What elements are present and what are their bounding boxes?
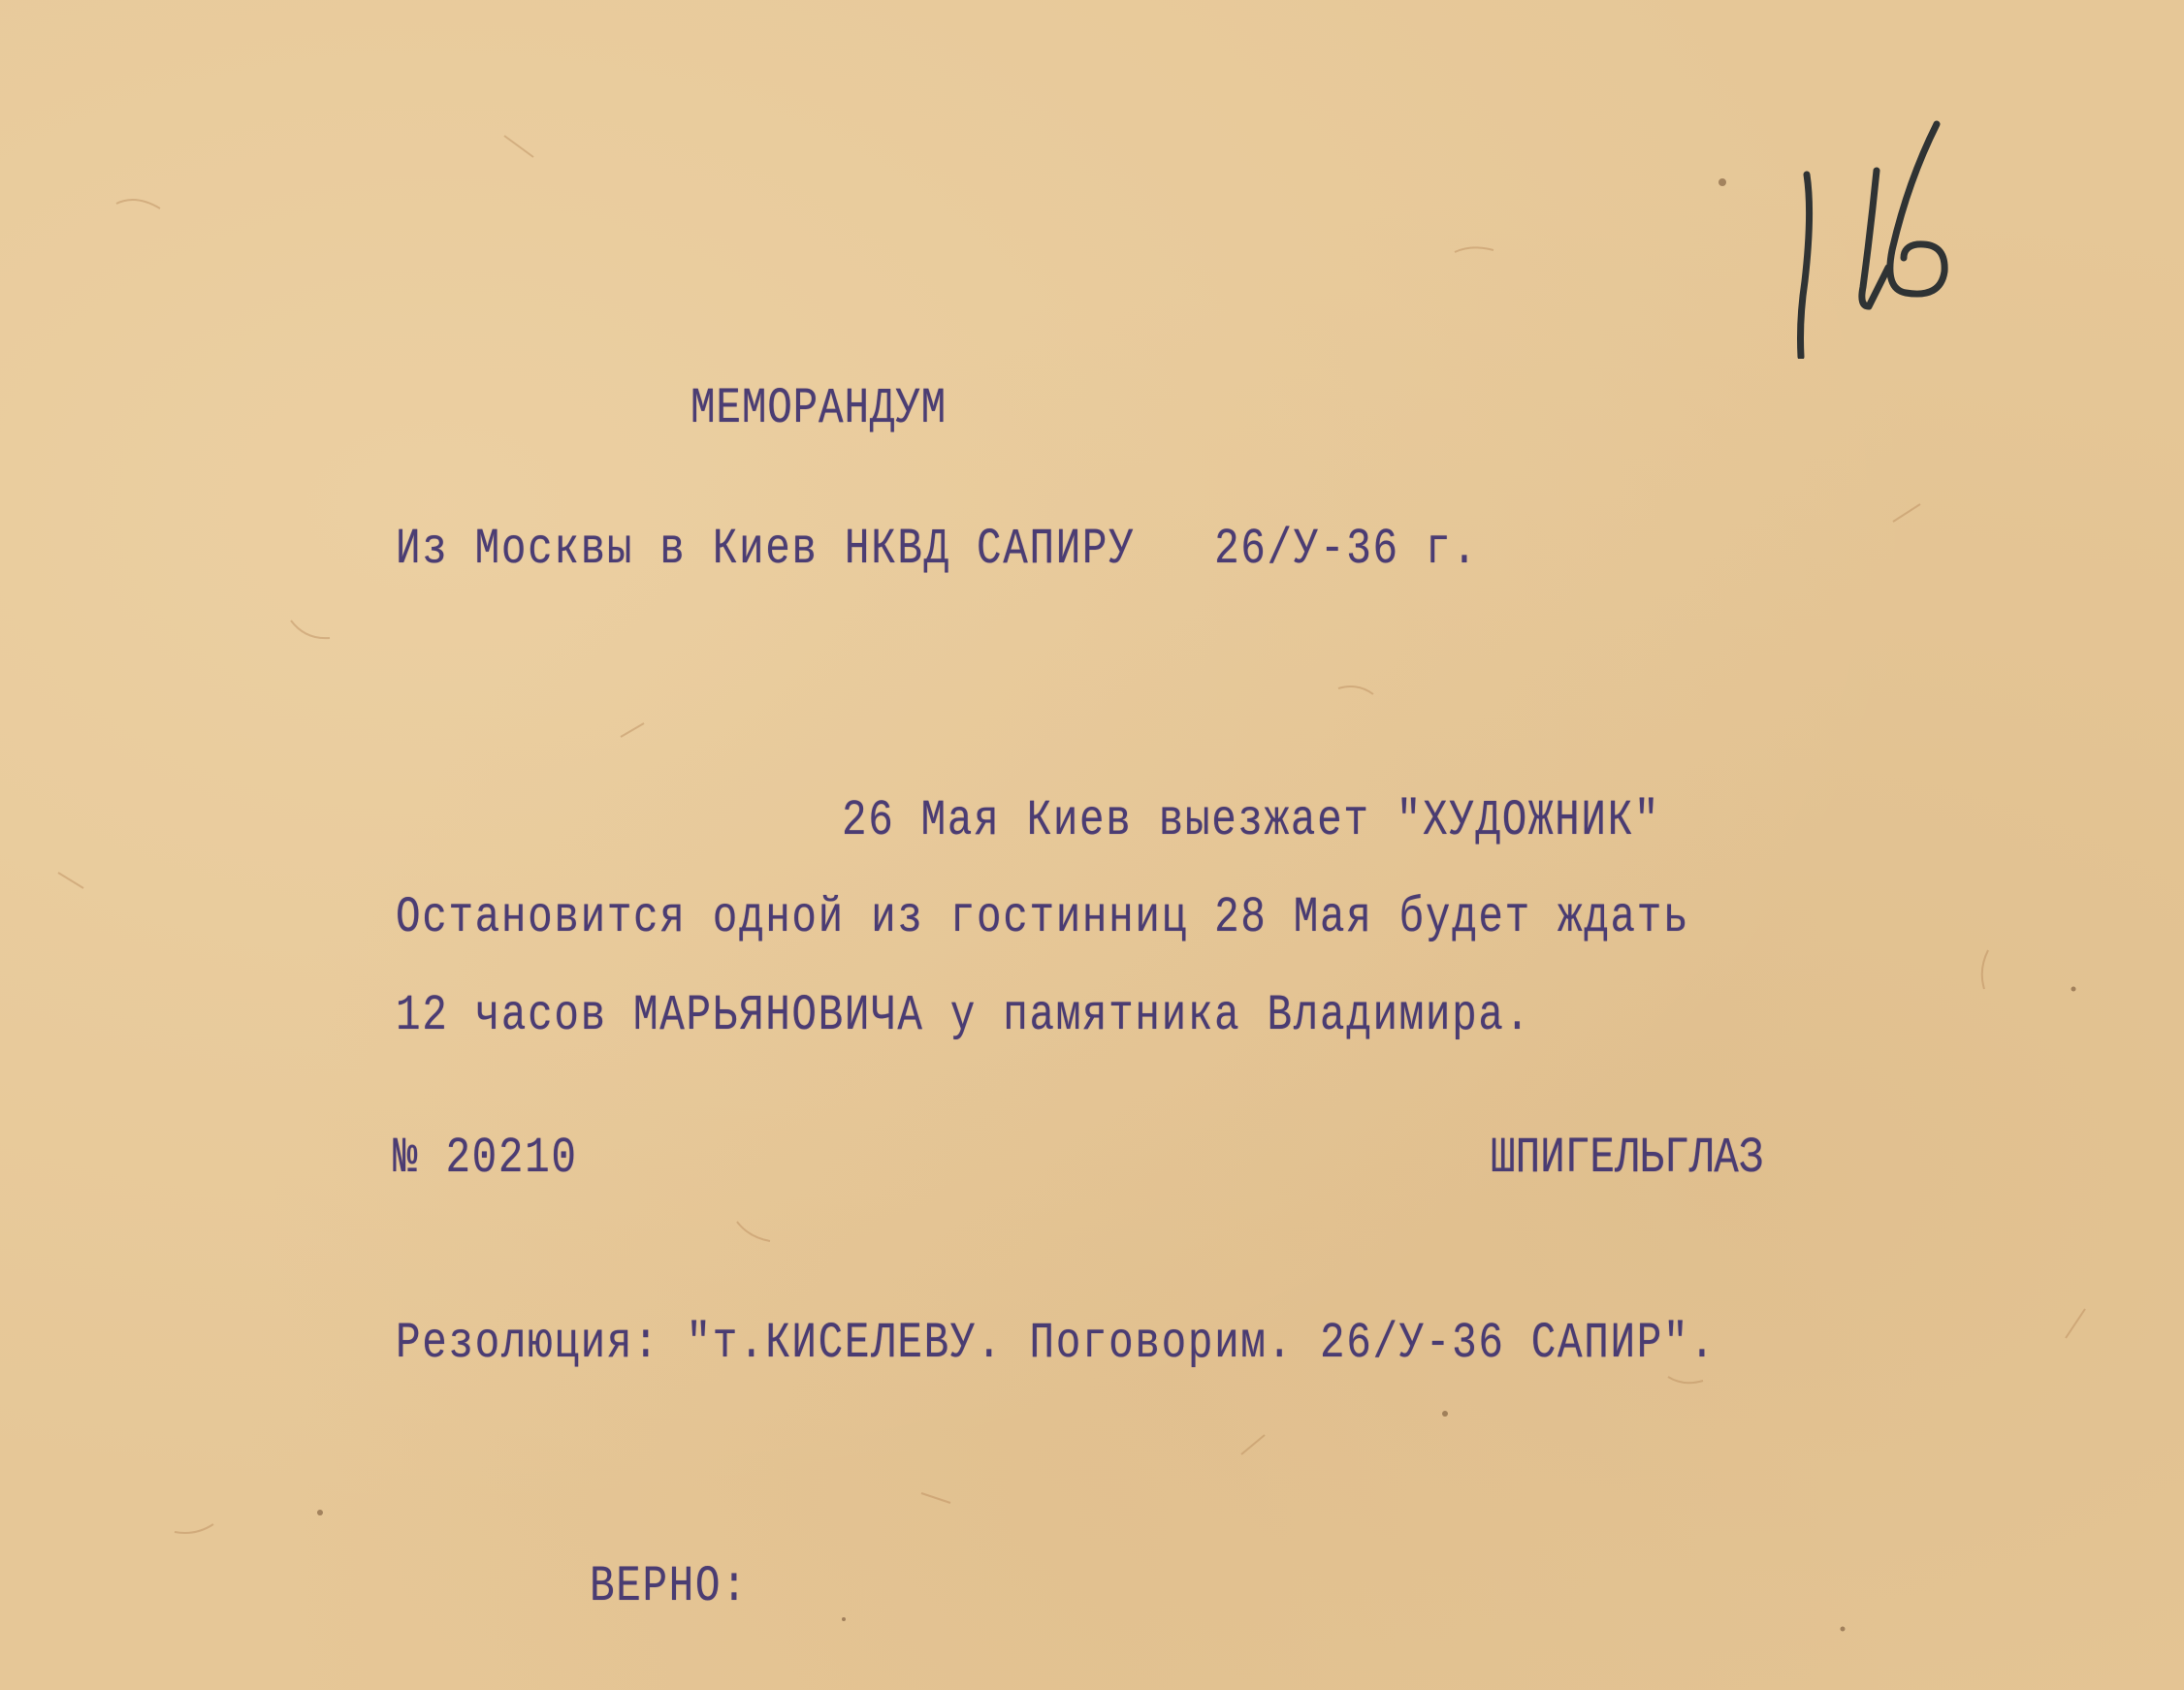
certification-label: ВЕРНО: [590,1558,748,1616]
body-line-1: 26 Мая Киев выезжает "ХУДОЖНИК" [842,792,1660,850]
document-title: МЕМОРАНДУМ [691,380,947,438]
body-line-2: Остановится одной из гостинниц 28 Мая бу… [396,889,1689,947]
document-number: № 20210 [393,1130,578,1188]
body-line-3: 12 часов МАРЬЯНОВИЧА у памятника Владими… [396,987,1531,1045]
resolution-line: Резолюция: "т.КИСЕЛЕВУ. Поговорим. 26/У-… [396,1315,1716,1373]
signature: ШПИГЕЛЬГЛАЗ [1491,1130,1763,1188]
folio-number-handwritten [1760,116,1974,359]
header-line: Из Москвы в Киев НКВД САПИРУ 26/У-36 г. [396,521,1478,579]
